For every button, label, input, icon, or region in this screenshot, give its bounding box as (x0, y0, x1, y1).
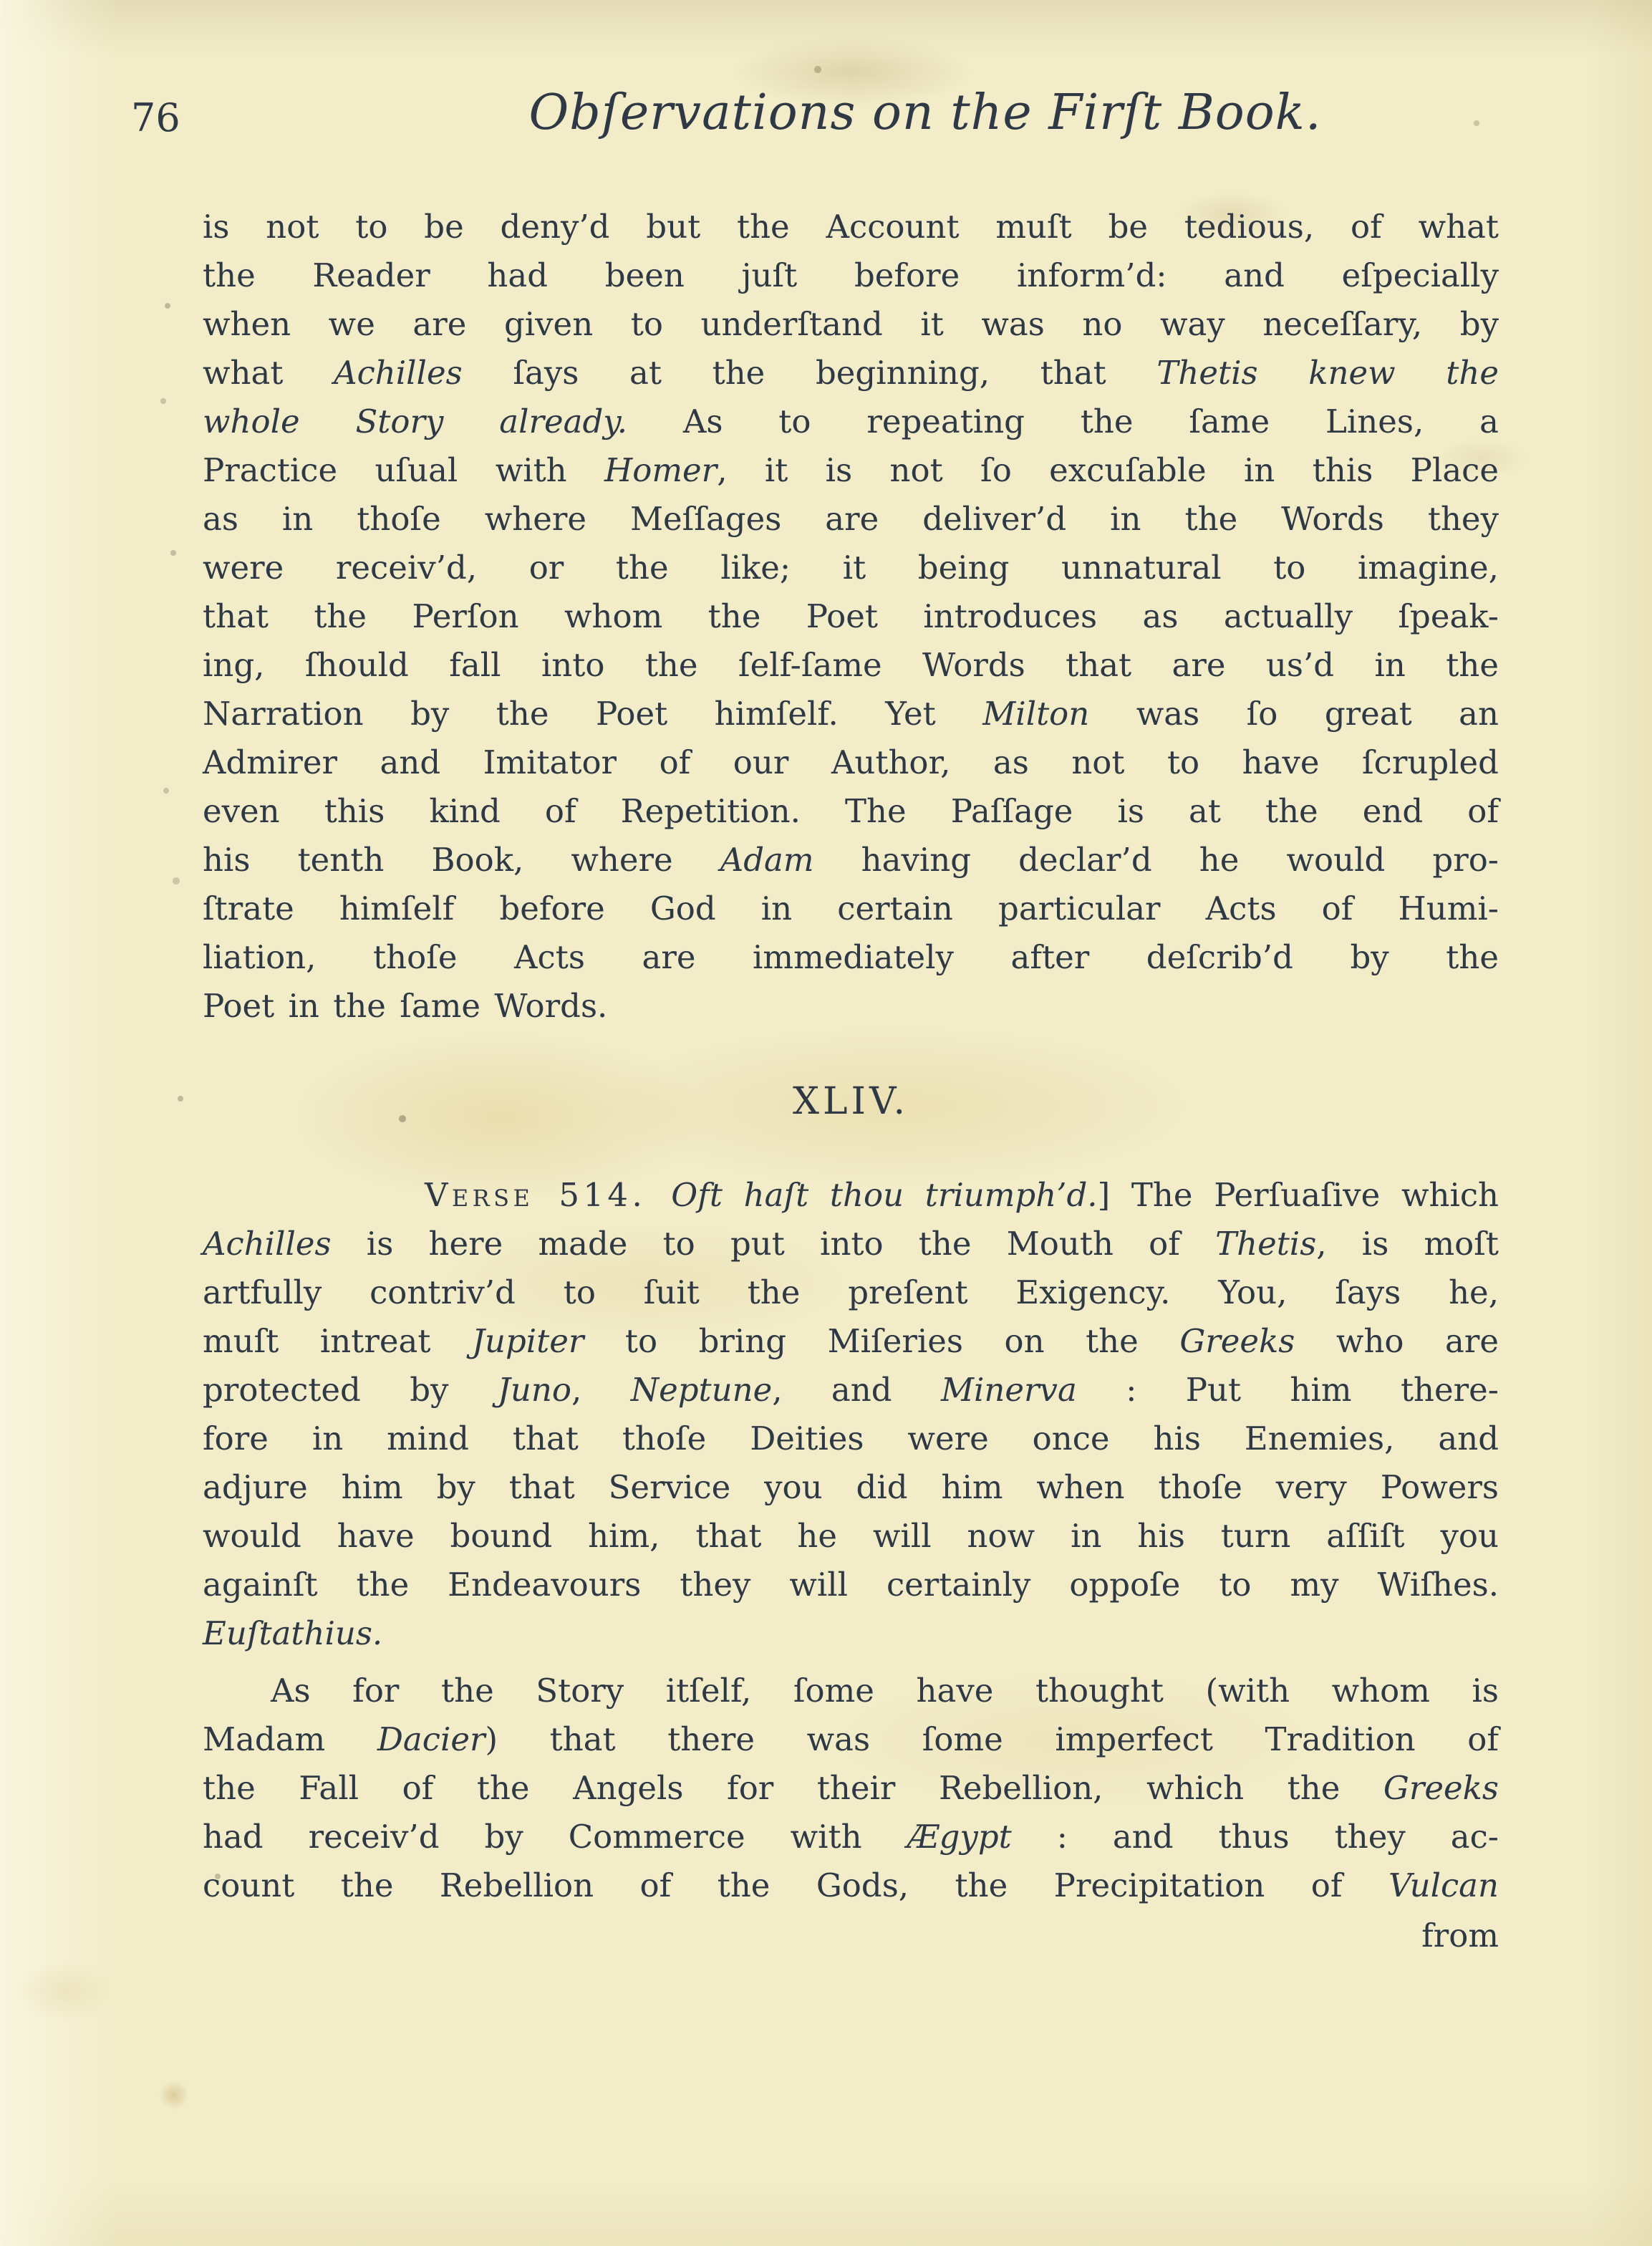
text-segment: the Reader had been juſt before inform’d… (203, 256, 1499, 294)
italic-text: Thetis (1215, 1225, 1316, 1263)
text-line: count the Rebellion of the Gods, the Pre… (203, 1861, 1499, 1910)
italic-text: Minerva (941, 1371, 1077, 1409)
text-segment: againſt the Endeavours they will certain… (203, 1566, 1499, 1604)
text-segment: his tenth Book, where (203, 841, 720, 879)
text-segment: when we are given to underſtand it was n… (203, 305, 1499, 343)
text-segment: Poet in the ſame Words. (203, 987, 607, 1025)
italic-text: Milton (982, 695, 1089, 733)
text-segment: were receiv’d, or the like; it being unn… (203, 549, 1499, 587)
text-line: what Achilles ſays at the beginning, tha… (203, 349, 1499, 397)
italic-text: Thetis knew the (1156, 354, 1499, 392)
text-segment: protected by (203, 1371, 498, 1409)
text-segment: having declar’d he would pro- (814, 841, 1499, 879)
text-segment: liation, thoſe Acts are immediately afte… (203, 938, 1499, 976)
catchword-line: from (203, 1912, 1499, 1960)
italic-text: Adam (720, 841, 814, 879)
text-segment: ) that there was ſome imperfect Traditio… (485, 1720, 1499, 1758)
text-line: Practice uſual with Homer, it is not ſo … (203, 446, 1499, 495)
text-line: muſt intreat Jupiter to bring Miſeries o… (203, 1317, 1499, 1366)
text-line: As for the Story itſelf, ſome have thoug… (203, 1667, 1499, 1715)
italic-text: Vulcan (1388, 1866, 1499, 1904)
text-line: were receiv’d, or the like; it being unn… (203, 544, 1499, 592)
text-segment: As for the Story itſelf, ſome have thoug… (271, 1672, 1499, 1710)
text-line: would have bound him, that he will now i… (203, 1512, 1499, 1561)
text-line: had receiv’d by Commerce with Ægypt : an… (203, 1813, 1499, 1861)
text-line: Verse 514. Oft haſt thou triumph’d.] The… (203, 1171, 1499, 1220)
text-line: Madam Dacier) that there was ſome imperf… (203, 1715, 1499, 1764)
italic-text: Homer (604, 451, 717, 489)
smallcaps-text: Verse 514. (425, 1176, 671, 1214)
text-segment: is not to be deny’d but the Account muſt… (203, 208, 1499, 246)
text-line: protected by Juno, Neptune, and Minerva … (203, 1366, 1499, 1414)
book-page-scan: 76 Obſervations on the Firſt Book. is no… (0, 0, 1652, 2246)
text-line: Euſtathius. (203, 1609, 1499, 1658)
text-line: even this kind of Repetition. The Paſſag… (203, 787, 1499, 836)
text-segment: Madam (203, 1720, 377, 1758)
text-segment: is here made to put into the Mouth of (332, 1225, 1216, 1263)
text-segment: : and thus they ac- (1012, 1818, 1499, 1856)
section-heading: XLIV. (203, 1075, 1499, 1128)
text-segment: ing, ſhould fall into the ſelf-ſame Word… (203, 646, 1499, 684)
text-segment: even this kind of Repetition. The Paſſag… (203, 792, 1499, 830)
italic-text: whole Story already. (203, 403, 627, 440)
text-segment: as in thoſe where Meſſages are deliver’d… (203, 500, 1499, 538)
text-segment: ſtrate himſelf before God in certain par… (203, 890, 1499, 927)
text-line: fore in mind that thoſe Deities were onc… (203, 1414, 1499, 1463)
text-segment: muſt intreat (203, 1322, 472, 1360)
text-segment: : Put him there- (1077, 1371, 1499, 1409)
italic-text: Greeks (1179, 1322, 1295, 1360)
text-segment: adjure him by that Service you did him w… (203, 1468, 1499, 1506)
text-line: when we are given to underſtand it was n… (203, 300, 1499, 349)
catchword: from (1421, 1917, 1499, 1955)
text-segment: , is moſt (1316, 1225, 1499, 1263)
text-line: Poet in the ſame Words. (203, 982, 1499, 1031)
text-segment: had receiv’d by Commerce with (203, 1818, 907, 1856)
italic-text: Dacier (377, 1720, 486, 1758)
text-line: liation, thoſe Acts are immediately afte… (203, 933, 1499, 982)
text-segment: who are (1295, 1322, 1499, 1360)
text-line: as in thoſe where Meſſages are deliver’d… (203, 495, 1499, 544)
text-segment: would have bound him, that he will now i… (203, 1517, 1499, 1555)
body-text: is not to be deny’d but the Account muſt… (203, 203, 1499, 1960)
text-line: whole Story already. As to repeating the… (203, 397, 1499, 446)
italic-text: Euſtathius. (203, 1614, 382, 1652)
text-segment: Admirer and Imitator of our Author, as n… (203, 743, 1499, 781)
text-segment: to bring Miſeries on the (584, 1322, 1179, 1360)
text-segment: , it is not ſo excuſable in this Place (717, 451, 1499, 489)
text-segment: Practice uſual with (203, 451, 604, 489)
text-line: Achilles is here made to put into the Mo… (203, 1220, 1499, 1268)
text-segment: As to repeating the ſame Lines, a (627, 403, 1499, 440)
text-line: ſtrate himſelf before God in certain par… (203, 885, 1499, 933)
italic-text: Oft haſt thou triumph’d. (671, 1176, 1097, 1214)
text-segment: fore in mind that thoſe Deities were onc… (203, 1420, 1499, 1457)
paragraph: Verse 514. Oft haſt thou triumph’d.] The… (203, 1171, 1499, 1658)
italic-text: Greeks (1383, 1769, 1499, 1807)
italic-text: Achilles (334, 354, 463, 392)
text-line: artfully contriv’d to ſuit the preſent E… (203, 1268, 1499, 1317)
text-segment: ſays at the beginning, that (463, 354, 1157, 392)
text-segment: was ſo great an (1089, 695, 1499, 733)
italic-text: Jupiter (472, 1322, 584, 1360)
text-line: ing, ſhould fall into the ſelf-ſame Word… (203, 641, 1499, 690)
italic-text: Juno (498, 1371, 571, 1409)
text-line: the Fall of the Angels for their Rebelli… (203, 1764, 1499, 1813)
page-number: 76 (131, 99, 180, 138)
text-segment: Narration by the Poet himſelf. Yet (203, 695, 982, 733)
text-line: adjure him by that Service you did him w… (203, 1463, 1499, 1512)
text-segment: that the Perſon whom the Poet introduces… (203, 597, 1499, 635)
text-line: his tenth Book, where Adam having declar… (203, 836, 1499, 885)
text-segment: ] The Perſuaſive which (1098, 1176, 1499, 1214)
paragraph: As for the Story itſelf, ſome have thoug… (203, 1667, 1499, 1910)
text-segment: count the Rebellion of the Gods, the Pre… (203, 1866, 1388, 1904)
paragraph: is not to be deny’d but the Account muſt… (203, 203, 1499, 1031)
running-title: Obſervations on the Firſt Book. (528, 89, 1321, 138)
text-line: is not to be deny’d but the Account muſt… (203, 203, 1499, 251)
text-line: Admirer and Imitator of our Author, as n… (203, 738, 1499, 787)
paper-specks (0, 0, 3, 3)
italic-text: Ægypt (907, 1818, 1012, 1856)
text-line: the Reader had been juſt before inform’d… (203, 251, 1499, 300)
text-segment: the Fall of the Angels for their Rebelli… (203, 1769, 1383, 1807)
text-segment: , (571, 1371, 631, 1409)
text-segment: what (203, 354, 334, 392)
text-segment: , and (772, 1371, 941, 1409)
text-line: that the Perſon whom the Poet introduces… (203, 592, 1499, 641)
italic-text: Neptune (631, 1371, 773, 1409)
text-segment: artfully contriv’d to ſuit the preſent E… (203, 1273, 1499, 1311)
text-line: Narration by the Poet himſelf. Yet Milto… (203, 690, 1499, 738)
italic-text: Achilles (203, 1225, 332, 1263)
text-line: againſt the Endeavours they will certain… (203, 1561, 1499, 1609)
